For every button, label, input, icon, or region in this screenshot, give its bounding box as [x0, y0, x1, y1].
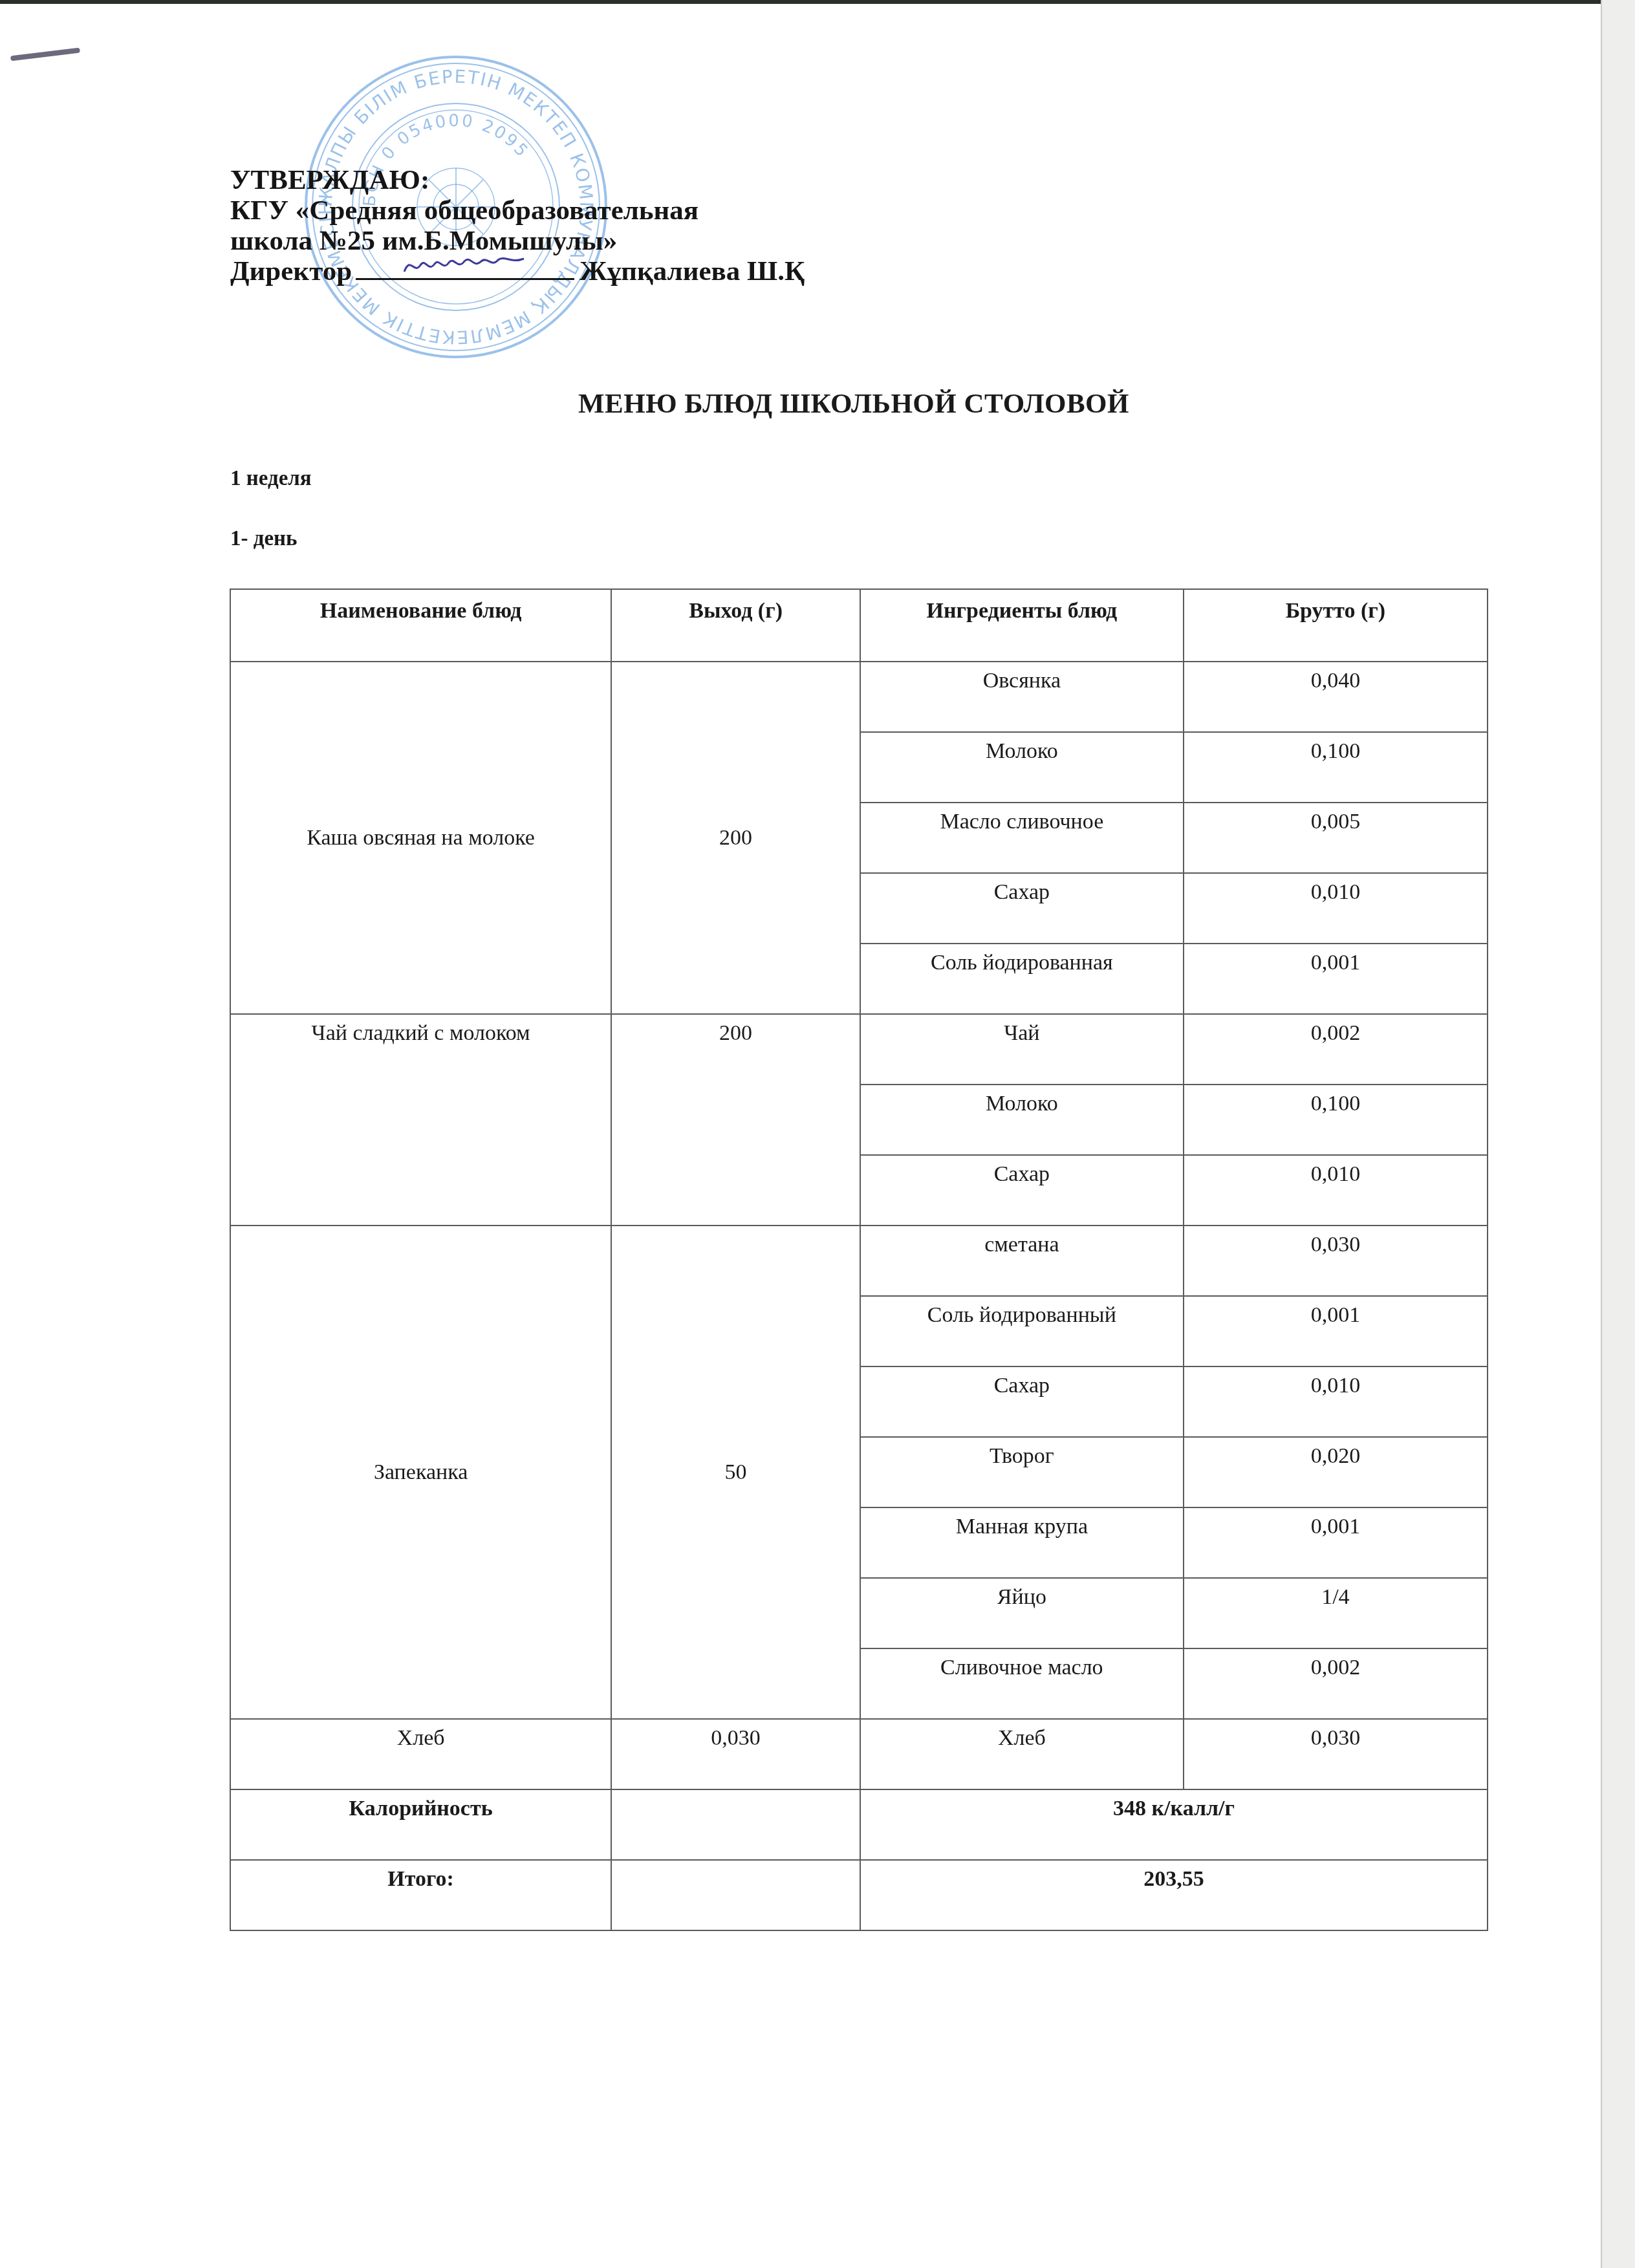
director-line: ДиректорЖұпқалиева Ш.Қ	[230, 256, 805, 286]
ingredient-gross: 0,010	[1184, 1366, 1488, 1437]
header-dish-name: Наименование блюд	[230, 589, 611, 662]
page-title: МЕНЮ БЛЮД ШКОЛЬНОЙ СТОЛОВОЙ	[0, 388, 1635, 420]
dish-name: Каша овсяная на молоке	[230, 662, 611, 1014]
ingredient-gross: 0,001	[1184, 944, 1488, 1014]
ingredient-gross: 0,100	[1184, 732, 1488, 803]
ingredient-gross: 0,020	[1184, 1437, 1488, 1507]
ingredient-name: Сливочное масло	[860, 1648, 1184, 1719]
ingredient-name: Масло сливочное	[860, 803, 1184, 873]
calories-empty-cell	[611, 1789, 860, 1860]
total-value: 203,55	[860, 1860, 1488, 1930]
ingredient-gross: 0,002	[1184, 1014, 1488, 1085]
ingredient-name: Сахар	[860, 1155, 1184, 1226]
total-row: Итого: 203,55	[230, 1860, 1488, 1930]
menu-table: Наименование блюд Выход (г) Ингредиенты …	[230, 589, 1488, 1931]
dish-output: 50	[611, 1226, 860, 1719]
header-gross: Брутто (г)	[1184, 589, 1488, 662]
ingredient-name: Хлеб	[860, 1719, 1184, 1789]
ingredient-gross: 1/4	[1184, 1578, 1488, 1648]
dish-output: 200	[611, 662, 860, 1014]
ingredient-name: сметана	[860, 1226, 1184, 1296]
pen-mark	[10, 47, 80, 61]
ingredient-name: Сахар	[860, 1366, 1184, 1437]
ingredient-name: Молоко	[860, 732, 1184, 803]
ingredient-name: Молоко	[860, 1085, 1184, 1155]
total-label: Итого:	[230, 1860, 611, 1930]
director-label: Директор	[230, 256, 352, 286]
table-row: Хлеб 0,030 Хлеб 0,030	[230, 1719, 1488, 1789]
calories-row: Калорийность 348 к/калл/г	[230, 1789, 1488, 1860]
day-label: 1- день	[230, 527, 298, 551]
table-row: Чай сладкий с молоком 200 Чай 0,002	[230, 1014, 1488, 1085]
dish-output: 200	[611, 1014, 860, 1226]
dish-name: Чай сладкий с молоком	[230, 1014, 611, 1226]
dish-name: Хлеб	[230, 1719, 611, 1789]
calories-label: Калорийность	[230, 1789, 611, 1860]
scan-right-margin	[1601, 0, 1635, 2268]
week-label: 1 неделя	[230, 467, 312, 491]
dish-output: 0,030	[611, 1719, 860, 1789]
approval-org-line2: школа №25 им.Б.Момышулы»	[230, 226, 805, 256]
ingredient-gross: 0,100	[1184, 1085, 1488, 1155]
approval-block: УТВЕРЖДАЮ: КГУ «Средняя общеобразователь…	[230, 165, 805, 286]
approval-org-line1: КГУ «Средняя общеобразовательная	[230, 195, 805, 226]
header-ingredients: Ингредиенты блюд	[860, 589, 1184, 662]
ingredient-gross: 0,010	[1184, 1155, 1488, 1226]
dish-name: Запеканка	[230, 1226, 611, 1719]
calories-value: 348 к/калл/г	[860, 1789, 1488, 1860]
ingredient-name: Манная крупа	[860, 1507, 1184, 1578]
ingredient-name: Соль йодированная	[860, 944, 1184, 1014]
ingredient-gross: 0,040	[1184, 662, 1488, 732]
ingredient-gross: 0,002	[1184, 1648, 1488, 1719]
total-empty-cell	[611, 1860, 860, 1930]
scan-top-edge	[0, 0, 1635, 4]
ingredient-name: Соль йодированный	[860, 1296, 1184, 1366]
ingredient-gross: 0,005	[1184, 803, 1488, 873]
signature-line	[356, 256, 574, 280]
approval-heading: УТВЕРЖДАЮ:	[230, 165, 805, 195]
ingredient-gross: 0,030	[1184, 1719, 1488, 1789]
ingredient-gross: 0,001	[1184, 1507, 1488, 1578]
signature-icon	[401, 252, 530, 278]
director-name: Жұпқалиева Ш.Қ	[579, 256, 805, 286]
header-output: Выход (г)	[611, 589, 860, 662]
table-header-row: Наименование блюд Выход (г) Ингредиенты …	[230, 589, 1488, 662]
table-row: Каша овсяная на молоке 200 Овсянка 0,040	[230, 662, 1488, 732]
ingredient-name: Сахар	[860, 873, 1184, 944]
ingredient-name: Творог	[860, 1437, 1184, 1507]
ingredient-gross: 0,030	[1184, 1226, 1488, 1296]
ingredient-name: Яйцо	[860, 1578, 1184, 1648]
ingredient-name: Овсянка	[860, 662, 1184, 732]
ingredient-gross: 0,010	[1184, 873, 1488, 944]
ingredient-name: Чай	[860, 1014, 1184, 1085]
ingredient-gross: 0,001	[1184, 1296, 1488, 1366]
table-row: Запеканка 50 сметана 0,030	[230, 1226, 1488, 1296]
